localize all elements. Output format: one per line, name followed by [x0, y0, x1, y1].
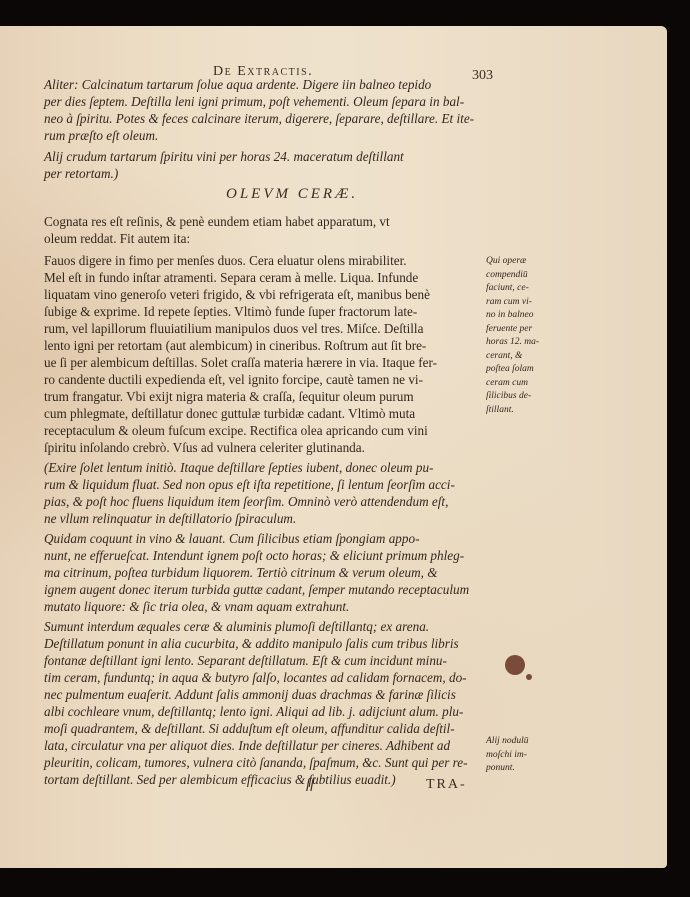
text-line: lento igni per retortam (aut alembicum) …	[44, 337, 426, 354]
text-line: nec pulmentum euaſerit. Addunt ſalis amm…	[44, 686, 456, 703]
catchword: TRA-	[426, 777, 467, 793]
margin-note-line: cerant, &	[486, 350, 539, 364]
text-line: pleuritin, colicam, tumores, vulnera cit…	[44, 754, 468, 771]
margin-note: Qui operæcompendiūfaciunt, ce-ram cum vi…	[486, 255, 539, 417]
margin-note-line: feruente per	[486, 323, 539, 337]
text-line: Deſtillatum ponunt in alia cucurbita, & …	[44, 635, 459, 652]
text-line: ſubige & exprime. Id repete ſepties. Vlt…	[44, 303, 417, 320]
margin-note-line: Alij nodulū	[486, 735, 529, 749]
page-number: 303	[472, 68, 493, 84]
margin-note-line: no in balneo	[486, 309, 539, 323]
margin-note-line: poſtea ſolam	[486, 363, 539, 377]
text-line: Alij crudum tartarum ſpiritu vini per ho…	[44, 148, 404, 165]
text-line: ne vllum relinquatur in deſtillatorio ſp…	[44, 510, 296, 527]
margin-note: Alij nodulūmoſchi im-ponunt.	[486, 735, 529, 776]
text-line: oleum reddat. Fit autem ita:	[44, 230, 190, 247]
text-line: moſi quadrantem, & deſtillant. Si adduſt…	[44, 720, 455, 737]
text-line: Fauos digere in fimo per menſes duos. Ce…	[44, 252, 407, 269]
margin-note-line: Qui operæ	[486, 255, 539, 269]
text-line: tortam deſtillant. Sed per alembicum eff…	[44, 771, 396, 788]
text-line: ue ſi per alembicum deſtillas. Solet cra…	[44, 354, 437, 371]
text-line: Quidam coquunt in vino & lauant. Cum ſil…	[44, 530, 419, 547]
text-line: Mel eſt in fundo inſtar atramenti. Separ…	[44, 269, 418, 286]
text-line: Cognata res eſt reſinis, & penè eundem e…	[44, 213, 390, 230]
margin-note-line: ſtillant.	[486, 404, 539, 418]
margin-note-line: ponunt.	[486, 762, 529, 776]
text-line: albi cochleare vnum, deſtillantq; lento …	[44, 703, 463, 720]
text-line: rum & liquidum fluat. Sed non opus eſt i…	[44, 476, 455, 493]
text-line: receptaculum & oleum fuſcum excipe. Rect…	[44, 422, 428, 439]
ink-stain	[505, 655, 525, 675]
text-line: trum frangatur. Vbi exijt nigra materia …	[44, 388, 414, 405]
margin-note-line: ceram cum	[486, 377, 539, 391]
book-page: De Extractis. 303 Aliter: Calcinatum tar…	[0, 26, 667, 868]
margin-note-line: faciunt, ce-	[486, 282, 539, 296]
text-line: rum, vel lapillorum fluuiatilium manipul…	[44, 320, 423, 337]
text-line: ſpiritu inſolando crebrò. Vſus ad vulner…	[44, 439, 365, 456]
text-line: fontanæ deſtillant igni lento. Separant …	[44, 652, 447, 669]
margin-note-line: ram cum vi-	[486, 296, 539, 310]
text-line: liquatam vino generoſo veteri frigido, &…	[44, 286, 430, 303]
section-heading: OLEVM CERÆ.	[226, 186, 358, 203]
text-line: neo à ſpiritu. Potes & feces calcinare i…	[44, 110, 474, 127]
ink-stain-small	[526, 674, 532, 680]
text-line: per dies ſeptem. Deſtilla leni igni prim…	[44, 93, 464, 110]
margin-note-line: compendiū	[486, 269, 539, 283]
text-line: tim ceram, funduntq; in aqua & butyro ſa…	[44, 669, 467, 686]
signature-mark: ſſ	[306, 776, 314, 793]
margin-note-line: horas 12. ma-	[486, 336, 539, 350]
text-line: pias, & poſt hoc fluens liquidum item ſe…	[44, 493, 448, 510]
margin-note-line: moſchi im-	[486, 749, 529, 763]
text-line: per retortam.)	[44, 165, 118, 182]
text-line: Sumunt interdum æquales ceræ & aluminis …	[44, 618, 429, 635]
text-line: Aliter: Calcinatum tartarum ſolue aqua a…	[44, 76, 431, 93]
text-line: lata, circulatur vna per aliquot dies. I…	[44, 737, 450, 754]
text-line: mutato liquore: & ſic tria olea, & vnam …	[44, 598, 349, 615]
text-line: ignem augent donec iterum turbida guttæ …	[44, 581, 469, 598]
text-line: rum præſto eſt oleum.	[44, 127, 158, 144]
text-line: ro candente ductili expedienda eſt, vel …	[44, 371, 423, 388]
margin-note-line: ſilicibus de-	[486, 390, 539, 404]
text-line: cum phlegmate, deſtillatur donec guttulæ…	[44, 405, 415, 422]
text-line: (Exire ſolet lentum initiò. Itaque deſti…	[44, 459, 433, 476]
text-line: nunt, ne efferueſcat. Intendunt ignem po…	[44, 547, 464, 564]
text-line: ma citrinum, poſtea turbidum liquorem. T…	[44, 564, 438, 581]
